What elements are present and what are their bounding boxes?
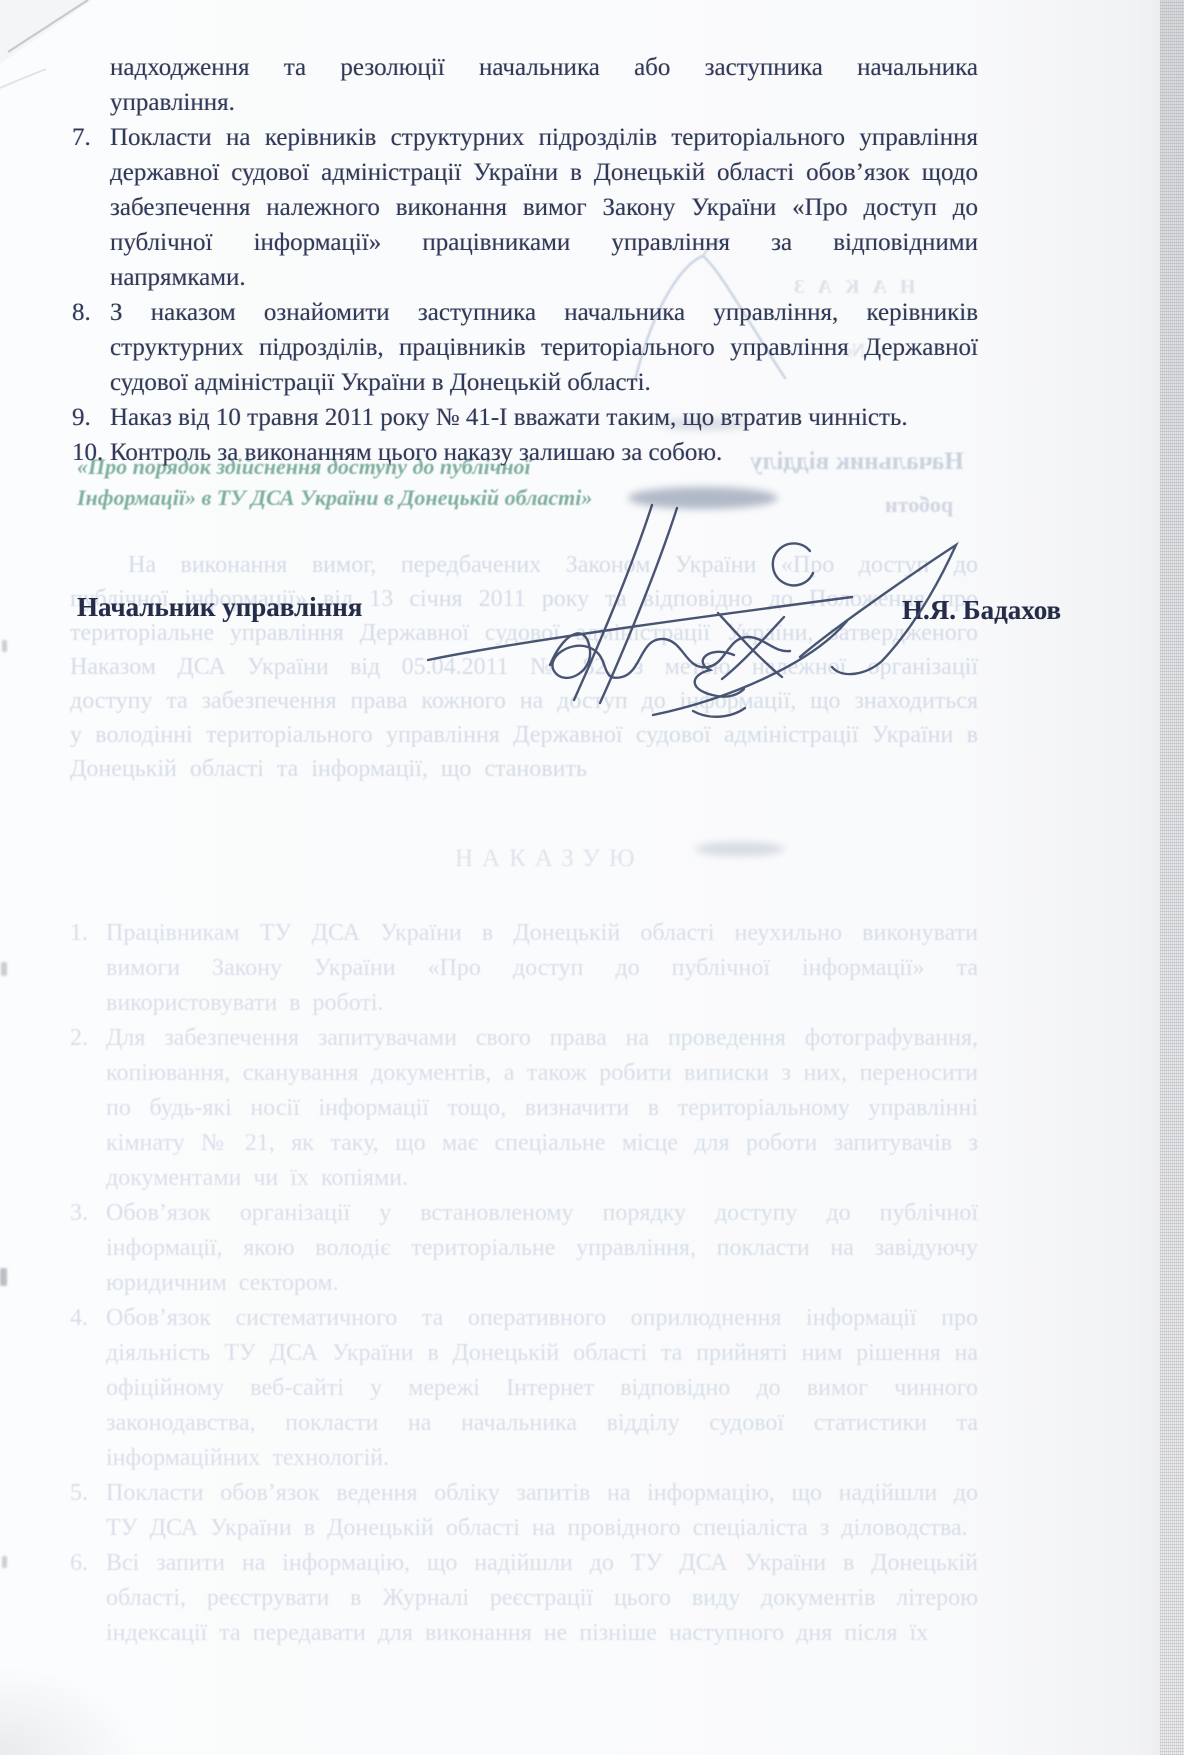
corner-shading xyxy=(0,1665,140,1755)
bleed-list-item: 5. Покласти обов’язок ведення обліку зап… xyxy=(70,1476,978,1546)
paragraph-line: управління. xyxy=(110,85,978,120)
bleed-through-list: 1. Працівникам ТУ ДСА України в Донецькі… xyxy=(70,916,978,1651)
edge-speck xyxy=(2,1556,7,1568)
scan-edge-noise xyxy=(1160,0,1184,1755)
order-item-8: 8. З наказом ознайомити заступника начал… xyxy=(72,295,978,400)
paragraph-line: надходження та резолюції начальника або … xyxy=(110,50,978,85)
bleed-item-text: Для забезпечення запитувачами свого прав… xyxy=(106,1021,978,1196)
item-line: публічної інформації» працівниками управ… xyxy=(110,225,978,260)
item-line: судової адміністрації України в Донецькі… xyxy=(110,365,978,400)
handwritten-signature xyxy=(400,415,1100,725)
item-line: забезпечення належного виконання вимог З… xyxy=(110,190,978,225)
bleed-item-number: 4. xyxy=(70,1301,88,1336)
item-number: 9. xyxy=(72,400,91,435)
edge-speck xyxy=(0,1268,7,1286)
item-line: державної судової адміністрації України … xyxy=(110,155,978,190)
bleed-item-number: 2. xyxy=(70,1021,88,1056)
bleed-item-number: 3. xyxy=(70,1196,88,1231)
bleed-list-item: 2. Для забезпечення запитувачами свого п… xyxy=(70,1021,978,1196)
item-number: 10. xyxy=(72,435,103,470)
item-line: Покласти на керівників структурних підро… xyxy=(110,120,978,155)
item-line: структурних підрозділів, працівників тер… xyxy=(110,330,978,365)
bleed-list-item: 6. Всі запити на інформацію, що надійшли… xyxy=(70,1546,978,1651)
bleed-list-item: 3. Обов’язок організації у встановленому… xyxy=(70,1196,978,1301)
continued-paragraph: надходження та резолюції начальника або … xyxy=(110,50,978,120)
bleed-item-number: 6. xyxy=(70,1546,88,1581)
order-item-7: 7. Покласти на керівників структурних пі… xyxy=(72,120,978,295)
item-line: напрямками. xyxy=(110,260,978,295)
order-text-block: надходження та резолюції начальника або … xyxy=(72,50,978,470)
edge-speck xyxy=(1,962,7,976)
bleed-list-item: 4. Обов’язок систематичного та оперативн… xyxy=(70,1301,978,1476)
bleed-item-text: Покласти обов’язок ведення обліку запиті… xyxy=(106,1476,978,1546)
item-number: 8. xyxy=(72,295,91,330)
item-line: З наказом ознайомити заступника начальни… xyxy=(110,295,978,330)
edge-speck xyxy=(2,640,7,652)
bleed-through-order-word: НАКАЗУЮ xyxy=(455,845,644,873)
ink-smudge xyxy=(695,842,785,856)
bleed-item-text: Обов’язок систематичного та оперативного… xyxy=(106,1301,978,1476)
bleed-item-number: 1. xyxy=(70,916,88,951)
scanned-document-page: { "doc": { "colors": { "ink": "#2f3a5a",… xyxy=(0,0,1184,1755)
item-number: 7. xyxy=(72,120,91,155)
bleed-list-item: 1. Працівникам ТУ ДСА України в Донецькі… xyxy=(70,916,978,1021)
bleed-item-number: 5. xyxy=(70,1476,88,1511)
bleed-item-text: Працівникам ТУ ДСА України в Донецькій о… xyxy=(106,916,978,1021)
signer-position-label: Начальник управління xyxy=(77,592,362,623)
paper-crease xyxy=(0,0,140,110)
bleed-item-text: Всі запити на інформацію, що надійшли до… xyxy=(106,1546,978,1651)
bleed-item-text: Обов’язок організації у встановленому по… xyxy=(106,1196,978,1301)
